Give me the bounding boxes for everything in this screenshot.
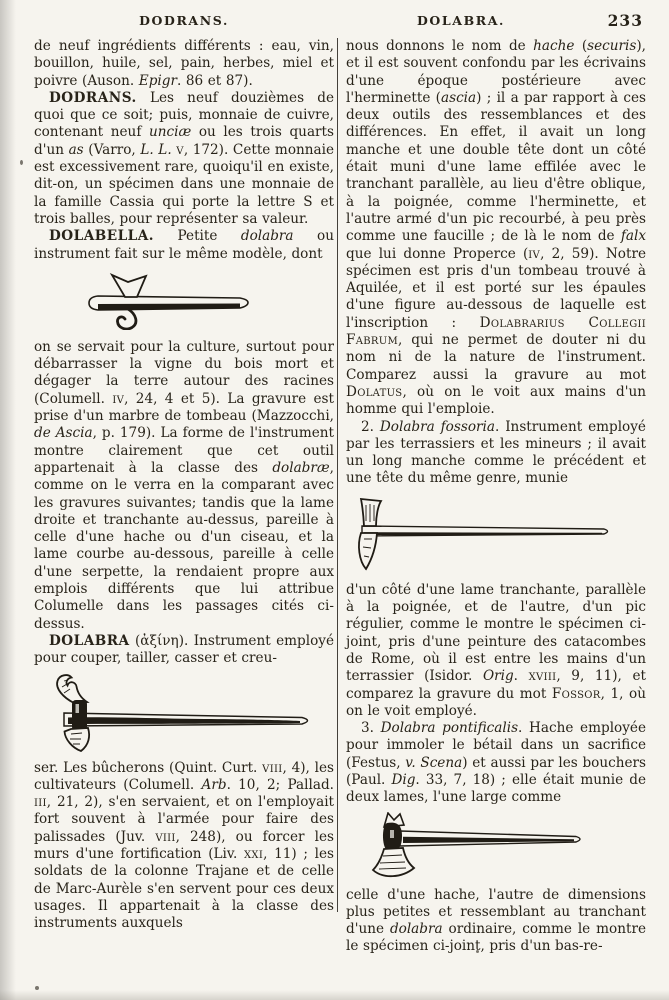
page-number: 233	[608, 11, 643, 30]
dolabra-fossoria-engraving	[340, 495, 646, 573]
scanned-dictionary-page: DODRANS. DOLABRA. 233 de neuf ingrédient…	[0, 0, 669, 1000]
dolabella-tool-icon	[82, 270, 254, 330]
scan-speck	[476, 950, 479, 953]
dolabella-engraving	[82, 270, 334, 330]
entry-dolabra-fossoria: 2. Dolabra fossoria. Instrument employé …	[346, 419, 646, 488]
running-head: DODRANS. DOLABRA. 233	[0, 13, 669, 33]
scan-speck	[20, 160, 23, 165]
scan-speck	[35, 986, 39, 990]
paragraph-dolabra-body: ser. Les bûcherons (Quint. Curt. viii, 4…	[34, 760, 334, 933]
running-head-left-title: DODRANS.	[34, 13, 334, 28]
dolabra-engraving	[34, 673, 334, 753]
paragraph-dolabella-body: on se servait pour la culture, surtout p…	[34, 339, 334, 633]
dolabra-fossoria-tool-icon	[340, 495, 624, 573]
entry-dolabella: DOLABELLA. Petite dolabra ou instrument …	[34, 228, 334, 263]
left-column: de neuf ingrédients différents : eau, vi…	[34, 38, 334, 932]
right-column: nous donnons le nom de hache (securis), …	[346, 38, 646, 956]
paragraph-dodrandis-continuation: de neuf ingrédients différents : eau, vi…	[34, 38, 334, 90]
entry-dolabra-pontificalis: 3. Dolabra pontificalis. Hache employée …	[346, 720, 646, 806]
dolabra-tool-icon	[34, 673, 318, 753]
paragraph-pontificalis-body: celle d'une hache, l'autre de dimensions…	[346, 887, 646, 956]
dolabra-pontificalis-engraving	[356, 812, 646, 880]
dolabra-pontificalis-tool-icon	[356, 812, 590, 880]
paragraph-dolabra-continuation: nous donnons le nom de hache (securis), …	[346, 38, 646, 419]
paragraph-fossoria-body: d'un côté d'une lame tranchante, parallè…	[346, 582, 646, 720]
entry-dodrans: DODRANS. Les neuf douzièmes de quoi que …	[34, 90, 334, 228]
entry-dolabra: DOLABRA (ἀξίνη). Instrument employé pour…	[34, 633, 334, 668]
column-divider-rule	[337, 38, 338, 912]
running-head-right-title: DOLABRA.	[346, 13, 576, 28]
